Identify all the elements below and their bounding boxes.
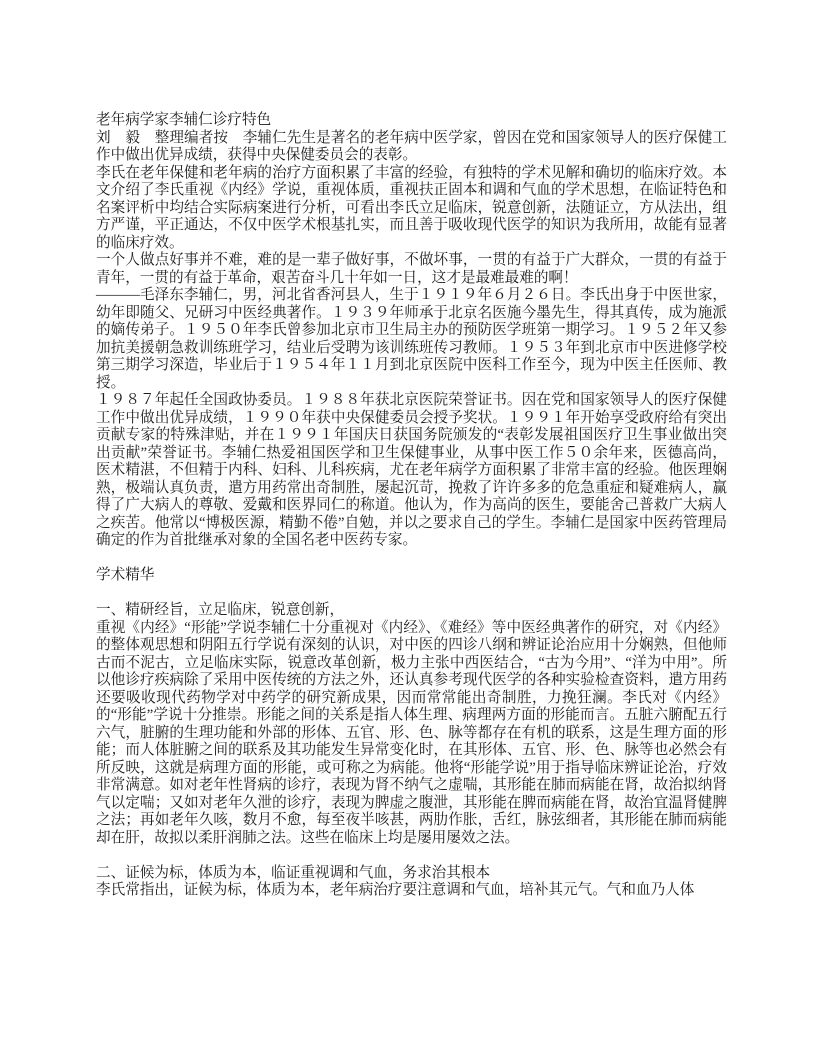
biography-paragraph: ———毛泽东李辅仁，男，河北省香河县人，生于１９１９年６月２６日。李氏出身于中医… — [96, 287, 727, 392]
subsection-2-body: 李氏常指出，证候为标，体质为本，老年病治疗要注意调和气血，培补其元气。气和血乃人… — [96, 882, 727, 900]
intro-paragraph: 李氏在老年保健和老年病的治疗方面积累了丰富的经验，有独特的学术见解和确切的临床疗… — [96, 165, 727, 253]
section-heading: 学术精华 — [96, 567, 727, 585]
blank-line — [96, 550, 727, 568]
document-content: 老年病学家李辅仁诊疗特色 刘 毅 整理编者按 李辅仁先生是著名的老年病中医学家，… — [96, 112, 727, 900]
blank-line — [96, 847, 727, 865]
honors-paragraph: １９８７年起任全国政协委员。１９８８年获北京医院荣誉证书。因在党和国家领导人的医… — [96, 392, 727, 550]
byline-paragraph: 刘 毅 整理编者按 李辅仁先生是著名的老年病中医学家，曾因在党和国家领导人的医疗… — [96, 130, 727, 165]
blank-line — [96, 585, 727, 603]
subsection-1-body: 重视《内经》“形能”学说李辅仁十分重视对《内经》、《难经》等中医经典著作的研究，… — [96, 620, 727, 848]
quote-paragraph: 一个人做点好事并不难，难的是一辈子做好事，不做坏事，一贯的有益于广大群众，一贯的… — [96, 252, 727, 287]
document-title: 老年病学家李辅仁诊疗特色 — [96, 112, 727, 130]
subsection-2-heading: 二、证候为标，体质为本，临证重视调和气血，务求治其根本 — [96, 865, 727, 883]
document-page: 老年病学家李辅仁诊疗特色 刘 毅 整理编者按 李辅仁先生是著名的老年病中医学家，… — [0, 0, 816, 1056]
subsection-1-heading: 一、精研经旨，立足临床，锐意创新， — [96, 602, 727, 620]
